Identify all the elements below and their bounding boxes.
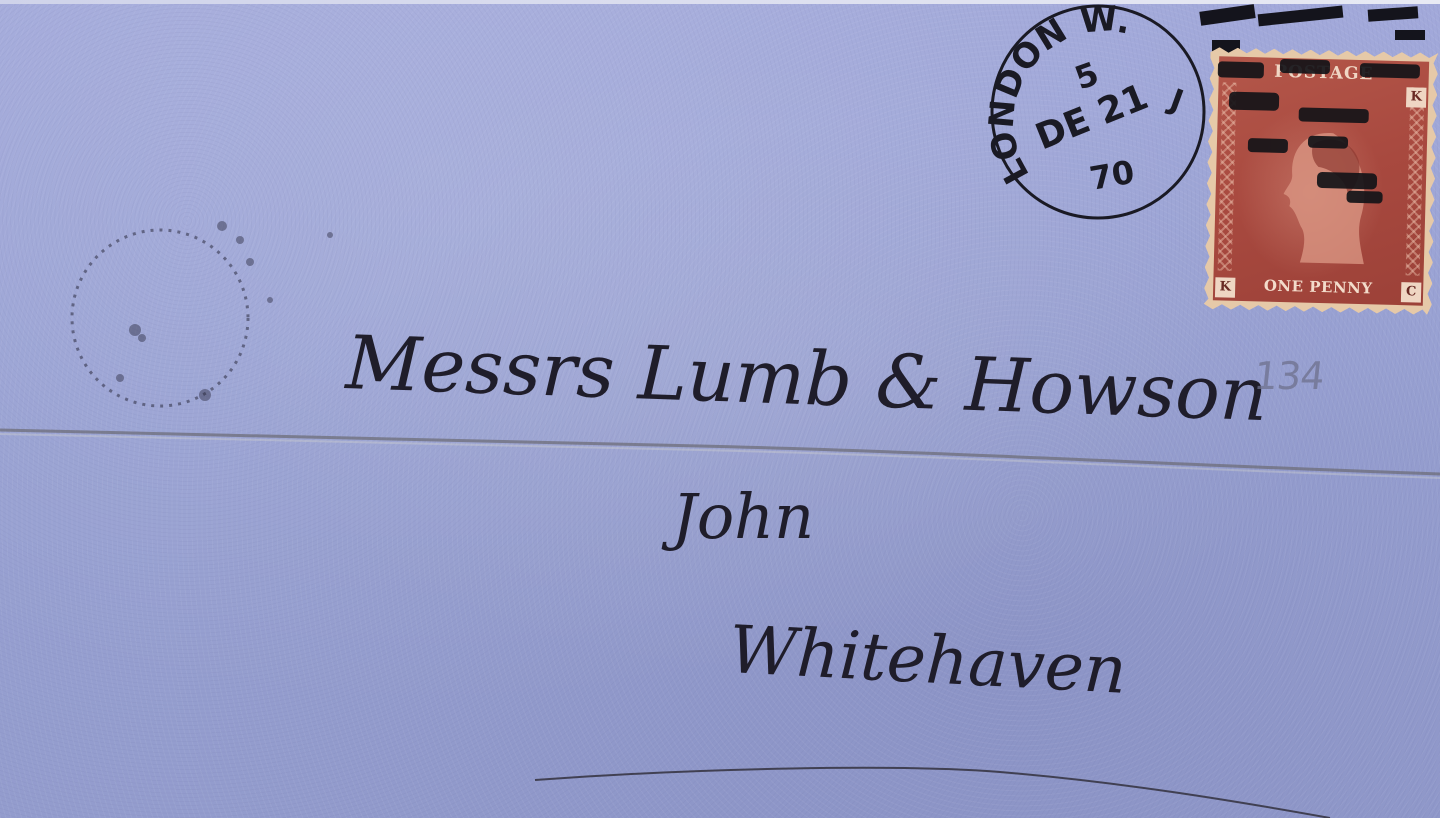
penny-red-stamp: POSTAGE K ONE PENNY K C <box>1204 47 1439 315</box>
stamp-cancel-bars <box>1204 47 1439 315</box>
postmark-hour: 5 <box>1070 54 1104 97</box>
pencil-annotation: 134 <box>1252 354 1326 398</box>
postmark-district: J <box>1163 82 1187 119</box>
postmark-year: 70 <box>1087 153 1137 198</box>
